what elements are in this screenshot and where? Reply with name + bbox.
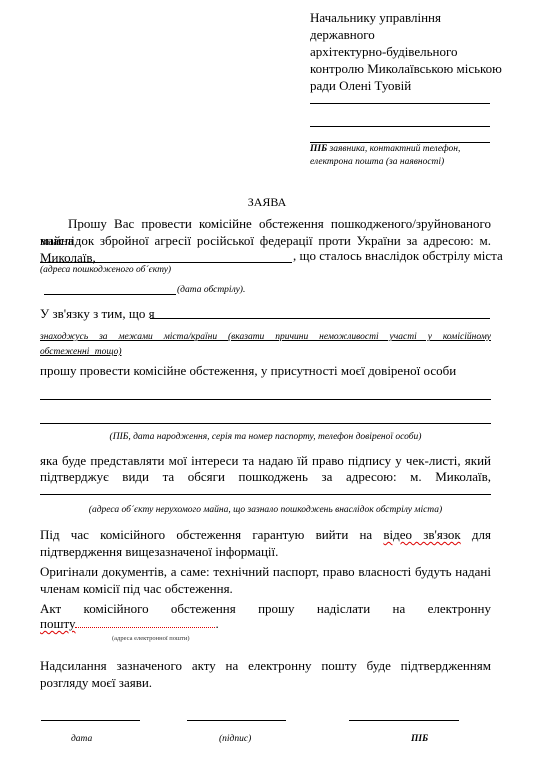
address-field[interactable] <box>40 262 292 263</box>
date-note: (дата обстрілу). <box>177 285 245 295</box>
signature-sign-line[interactable] <box>187 720 286 721</box>
email-field[interactable] <box>75 627 215 628</box>
property-note: (адреса об´єкту нерухомого майна, що заз… <box>40 505 491 515</box>
applicant-field-line-2[interactable] <box>310 126 490 127</box>
p7-email-word: пошту <box>40 616 75 631</box>
email-note: (адреса електронної пошти) <box>112 635 190 642</box>
signature-date-line[interactable] <box>41 720 140 721</box>
addressee-line: державного <box>310 26 530 43</box>
signature-sign-label: (підпис) <box>219 734 251 744</box>
address-note: (адреса пошкодженого об´єкту) <box>40 265 171 275</box>
p4-line1: яка буде представляти мої інтереси та на… <box>40 452 491 469</box>
signature-name-label: ПІБ <box>411 734 428 744</box>
trustee-field-line-2[interactable] <box>40 423 491 424</box>
addressee-line: Начальнику управління <box>310 9 530 26</box>
applicant-note-bold: ПІБ <box>310 144 327 154</box>
signature-date-label: дата <box>71 734 92 744</box>
p7-period: . <box>215 616 218 631</box>
p7-line1: Акт комісійного обстеження прошу надісла… <box>40 600 491 617</box>
p1-line3: , що сталось внаслідок обстрілу міста <box>293 248 503 264</box>
property-address-field[interactable] <box>40 494 491 495</box>
addressee-block: Начальнику управління державного архітек… <box>310 9 530 94</box>
p5: Під час комісійного обстеження гарантую … <box>40 526 491 560</box>
date-field[interactable] <box>44 294 176 295</box>
document-title: ЗАЯВА <box>0 195 534 210</box>
reason-field[interactable] <box>150 318 490 319</box>
p5-spell-flag: відео зв'язок <box>383 527 460 542</box>
signature-name-line[interactable] <box>349 720 459 721</box>
applicant-field-line-1[interactable] <box>310 103 490 104</box>
p8: Надсилання зазначеного акту на електронн… <box>40 657 491 691</box>
trustee-note: (ПІБ, дата народження, серія та номер па… <box>40 432 491 442</box>
applicant-note-text: заявника, контактний телефон, <box>327 144 460 154</box>
addressee-line: ради Олені Туовій <box>310 77 530 94</box>
p2-prefix: У зв'язку з тим, що я <box>40 306 155 322</box>
p6: Оригінали документів, а саме: технічний … <box>40 563 491 597</box>
trustee-field-line-1[interactable] <box>40 399 491 400</box>
applicant-note: ПІБ заявника, контактний телефон, електр… <box>310 143 460 169</box>
reason-note: знаходжусь за межами міста/країни (вказа… <box>40 330 491 360</box>
addressee-line: контролю Миколаївською міською <box>310 60 530 77</box>
p4-line2: підтверджує види та обсяги пошкоджень за… <box>40 468 491 485</box>
addressee-line: архітектурно-будівельного <box>310 43 530 60</box>
p7-line2: пошту. <box>40 616 219 632</box>
p5-text-before: Під час комісійного обстеження гарантую … <box>40 527 383 542</box>
applicant-note-line2: електрона пошта (за наявності) <box>310 156 460 169</box>
p3: прошу провести комісійне обстеження, у п… <box>40 363 456 379</box>
